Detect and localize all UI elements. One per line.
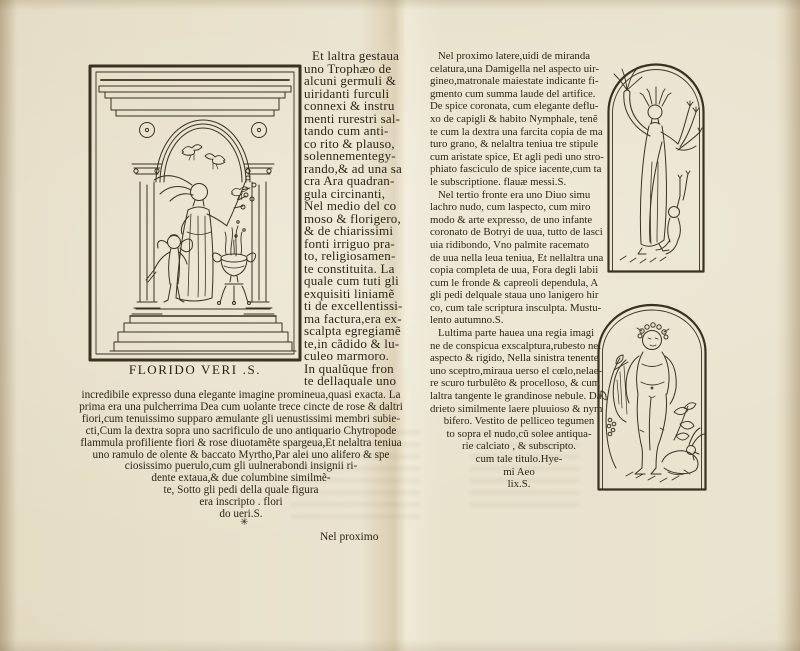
flames bbox=[225, 226, 242, 256]
right-page: Nel proximo latere,uidi de miranda celat… bbox=[396, 0, 800, 651]
pedestal bbox=[110, 309, 296, 351]
arch bbox=[156, 120, 250, 182]
left-page-bottom-text: incredibile expresso duna elegante imagi… bbox=[62, 390, 420, 521]
left-page-asterisk: ✳ bbox=[240, 517, 248, 528]
book-spread-scan: { "document": { "type": "incunabulum-two… bbox=[0, 0, 800, 651]
paterae bbox=[140, 123, 267, 138]
spring-woodcut bbox=[88, 64, 302, 362]
left-column bbox=[132, 164, 162, 314]
paragraph-winter: Lultima parte hauea una regia imagi ne d… bbox=[430, 327, 608, 415]
paragraph-winter-taper: bifero. Vestito de pelliceo tegumen to s… bbox=[430, 415, 608, 491]
flaming-urn bbox=[212, 226, 255, 305]
left-page: FLORIDO VERI .S. Et laltra gestaua uno T… bbox=[0, 0, 396, 651]
ground-hatching bbox=[620, 256, 666, 263]
right-column bbox=[244, 164, 274, 314]
lyre-and-vine bbox=[601, 355, 628, 468]
goat-figure bbox=[662, 428, 705, 475]
paragraph-autumn: Nel tertio fronte era uno Diuo simu lach… bbox=[430, 189, 608, 328]
entablature bbox=[99, 80, 291, 116]
ceres-figure bbox=[614, 69, 702, 254]
summer-woodcut bbox=[606, 62, 706, 274]
left-woodcut-caption: FLORIDO VERI .S. bbox=[88, 362, 302, 378]
autumn-woodcut bbox=[596, 300, 708, 492]
doves bbox=[182, 145, 248, 200]
foliage-right bbox=[674, 403, 696, 440]
paragraph-summer: Nel proximo latere,uidi de miranda celat… bbox=[430, 50, 608, 189]
putto-figure bbox=[146, 235, 192, 303]
right-page-text-column: Nel proximo latere,uidi de miranda celat… bbox=[430, 50, 608, 491]
bacchus-figure bbox=[626, 323, 676, 474]
